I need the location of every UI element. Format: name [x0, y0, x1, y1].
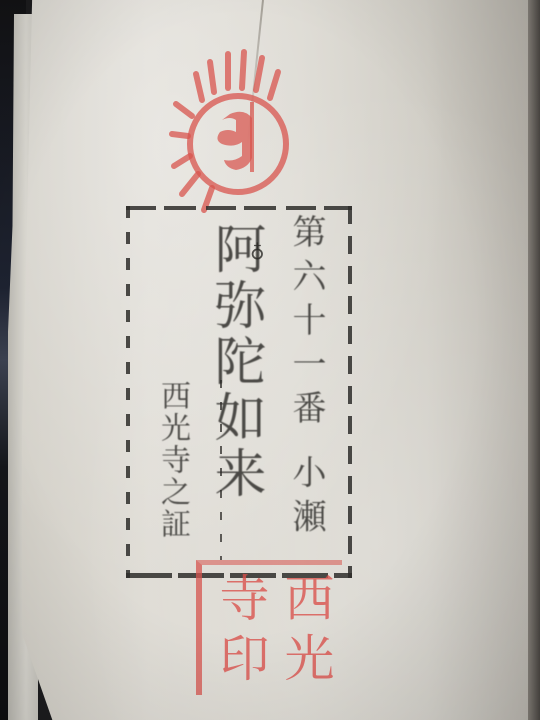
seal-glyph: 寺 [212, 569, 277, 629]
deity-name-text: 阿弥陀如来 [198, 222, 273, 502]
temple-proof-text: 西光寺之証 [150, 380, 194, 540]
flame-seal-icon [166, 44, 306, 214]
seal-glyph: 西 [277, 569, 342, 629]
frame-left-border [126, 206, 130, 578]
temple-square-seal: 寺 西 印 光 [196, 560, 342, 695]
frame-right-border [348, 206, 352, 578]
pilgrimage-number-text: 第六十一番 小瀬 [282, 214, 331, 543]
seal-glyph: 光 [277, 629, 342, 689]
seed-syllable-mark: ♁ [250, 238, 265, 262]
seal-glyph: 印 [212, 629, 277, 689]
frame-top-border [126, 206, 352, 210]
